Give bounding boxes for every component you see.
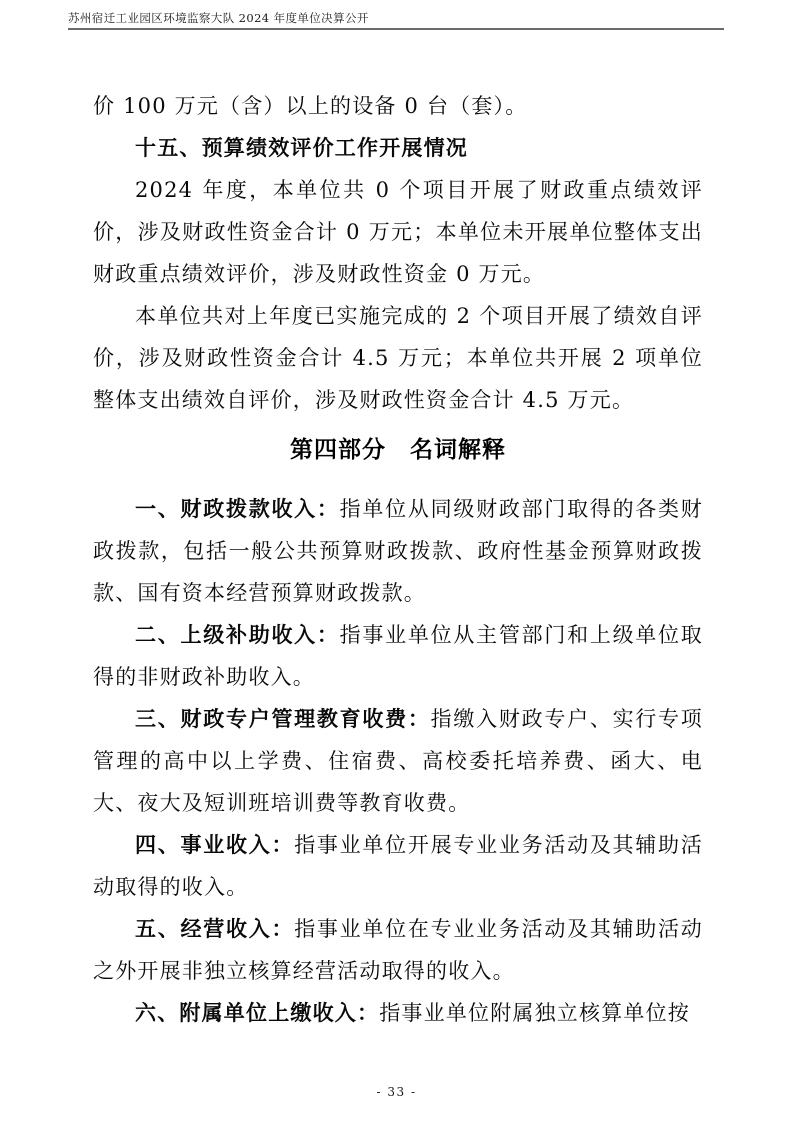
definition-term: 一、财政拨款收入： bbox=[135, 496, 340, 521]
document-page: 苏州宿迁工业园区环境监察大队 2024 年度单位决算公开 价 100 万元（含）… bbox=[0, 0, 793, 1122]
definition-term: 三、财政专户管理教育收费： bbox=[135, 706, 431, 731]
body-paragraph: 本单位共对上年度已实施完成的 2 个项目开展了绩效自评价，涉及财政性资金合计 4… bbox=[93, 295, 703, 421]
definition-paragraph: 二、上级补助收入：指事业单位从主管部门和上级单位取得的非财政补助收入。 bbox=[93, 614, 703, 698]
definition-term: 五、经营收入： bbox=[135, 916, 294, 941]
definition-paragraph: 五、经营收入：指事业单位在专业业务活动及其辅助活动之外开展非独立核算经营活动取得… bbox=[93, 908, 703, 992]
section-heading: 十五、预算绩效评价工作开展情况 bbox=[93, 127, 703, 169]
definition-text: 指事业单位附属独立核算单位按 bbox=[379, 1001, 690, 1025]
body-paragraph: 2024 年度，本单位共 0 个项目开展了财政重点绩效评价，涉及财政性资金合计 … bbox=[93, 169, 703, 295]
definition-paragraph: 三、财政专户管理教育收费：指缴入财政专户、实行专项管理的高中以上学费、住宿费、高… bbox=[93, 698, 703, 824]
carryover-line: 价 100 万元（含）以上的设备 0 台（套）。 bbox=[93, 85, 703, 127]
part-title: 第四部分 名词解释 bbox=[93, 434, 703, 466]
definition-term: 六、附属单位上缴收入： bbox=[135, 1000, 379, 1025]
header-rule bbox=[68, 28, 724, 30]
page-footer: - 33 - bbox=[0, 1085, 793, 1099]
page-number: - 33 - bbox=[376, 1085, 416, 1099]
definition-term: 二、上级补助收入： bbox=[135, 622, 340, 647]
definition-paragraph: 一、财政拨款收入：指单位从同级财政部门取得的各类财政拨款，包括一般公共预算财政拨… bbox=[93, 488, 703, 614]
header-title: 苏州宿迁工业园区环境监察大队 2024 年度单位决算公开 bbox=[68, 11, 724, 26]
definition-paragraph: 六、附属单位上缴收入：指事业单位附属独立核算单位按 bbox=[93, 992, 703, 1034]
document-body: 价 100 万元（含）以上的设备 0 台（套）。 十五、预算绩效评价工作开展情况… bbox=[93, 85, 703, 1034]
definition-paragraph: 四、事业收入：指事业单位开展专业业务活动及其辅助活动取得的收入。 bbox=[93, 824, 703, 908]
page-header: 苏州宿迁工业园区环境监察大队 2024 年度单位决算公开 bbox=[68, 11, 724, 26]
definition-term: 四、事业收入： bbox=[135, 832, 294, 857]
